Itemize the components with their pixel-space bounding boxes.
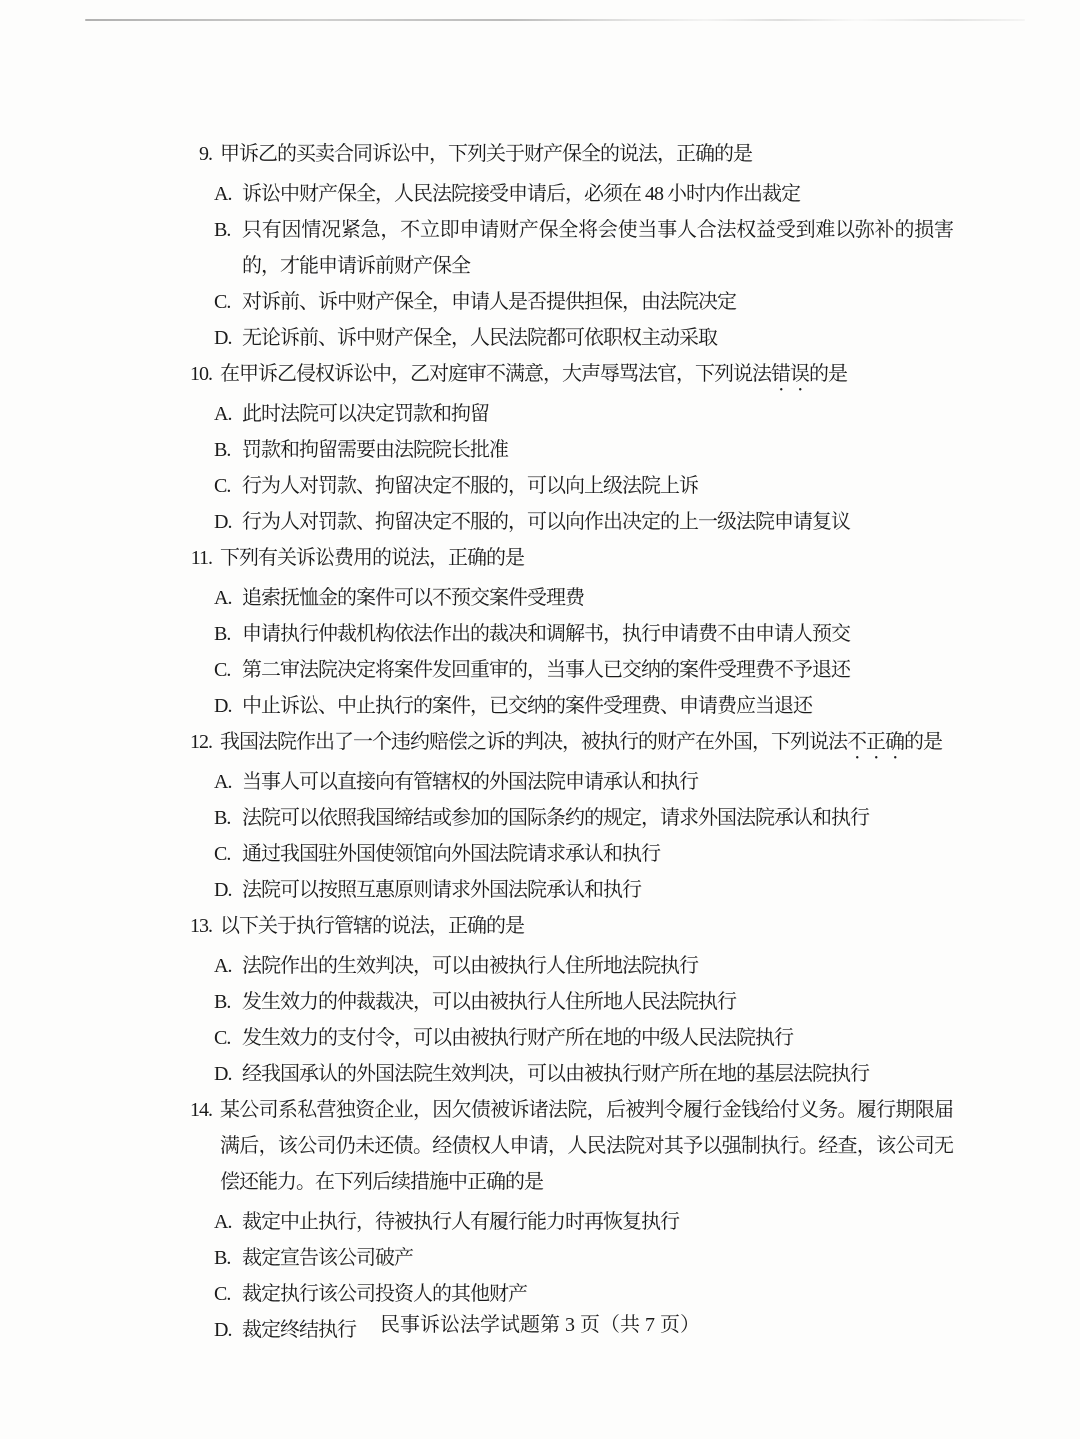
option-label: B. [214,1240,242,1276]
option-c: C. 裁定执行该公司投资人的其他财产 [178,1276,953,1312]
option-b: B. 罚款和拘留需要由法院院长批准 [178,432,953,468]
question-stem-text: 甲诉乙的买卖合同诉讼中，下列关于财产保全的说法，正确的是 [220,136,953,176]
question-11: 11. 下列有关诉讼费用的说法，正确的是 A. 追索抚恤金的案件可以不预交案件受… [178,540,953,724]
option-text: 当事人可以直接向有管辖权的外国法院申请承认和执行 [242,764,953,800]
question-stem: 13. 以下关于执行管辖的说法，正确的是 [178,908,953,948]
question-12: 12. 我国法院作出了一个违约赔偿之诉的判决，被执行的财产在外国，下列说法不正确… [178,724,953,908]
option-text: 法院可以依照我国缔结或参加的国际条约的规定，请求外国法院承认和执行 [242,800,953,836]
question-10: 10. 在甲诉乙侵权诉讼中，乙对庭审不满意，大声辱骂法官，下列说法错误的是 A.… [178,356,953,540]
option-a: A. 当事人可以直接向有管辖权的外国法院申请承认和执行 [178,764,953,800]
option-c: C. 通过我国驻外国使领馆向外国法院请求承认和执行 [178,836,953,872]
question-stem-post: 的是 [809,363,847,385]
option-text: 行为人对罚款、拘留决定不服的，可以向作出决定的上一级法院申请复议 [242,504,953,540]
option-text: 申请执行仲裁机构依法作出的裁决和调解书，执行申请费不由申请人预交 [242,616,953,652]
option-text: 罚款和拘留需要由法院院长批准 [242,432,953,468]
question-stem-pre: 下列有关诉讼费用的说法，正确的是 [220,547,524,569]
question-stem-text: 下列有关诉讼费用的说法，正确的是 [220,540,953,580]
option-label: C. [214,468,242,504]
option-text: 第二审法院决定将案件发回重审的，当事人已交纳的案件受理费不予退还 [242,652,953,688]
option-d: D. 中止诉讼、中止执行的案件，已交纳的案件受理费、申请费应当退还 [178,688,953,724]
question-number: 14. [178,1092,212,1128]
option-c: C. 发生效力的支付令，可以由被执行财产所在地的中级人民法院执行 [178,1020,953,1056]
option-text: 中止诉讼、中止执行的案件，已交纳的案件受理费、申请费应当退还 [242,688,953,724]
option-text: 此时法院可以决定罚款和拘留 [242,396,953,432]
question-number: 13. [178,908,212,944]
emphasized-text: 错误 [771,363,809,385]
emphasized-text: 不正确 [847,731,904,753]
option-text: 裁定中止执行，待被执行人有履行能力时再恢复执行 [242,1204,953,1240]
question-stem: 10. 在甲诉乙侵权诉讼中，乙对庭审不满意，大声辱骂法官，下列说法错误的是 [178,356,953,396]
option-text: 法院作出的生效判决，可以由被执行人住所地法院执行 [242,948,953,984]
option-text: 经我国承认的外国法院生效判决，可以由被执行财产所在地的基层法院执行 [242,1056,953,1092]
question-stem-pre: 我国法院作出了一个违约赔偿之诉的判决，被执行的财产在外国，下列说法 [220,731,847,753]
option-label: D. [214,1056,242,1092]
option-label: C. [214,1020,242,1056]
option-text: 追索抚恤金的案件可以不预交案件受理费 [242,580,953,616]
question-number: 9. [178,136,212,172]
option-label: B. [214,212,242,248]
option-text: 对诉前、诉中财产保全，申请人是否提供担保，由法院决定 [242,284,953,320]
option-c: C. 第二审法院决定将案件发回重审的，当事人已交纳的案件受理费不予退还 [178,652,953,688]
option-text: 无论诉前、诉中财产保全，人民法院都可依职权主动采取 [242,320,953,356]
question-stem-pre: 某公司系私营独资企业，因欠债被诉诸法院，后被判令履行金钱给付义务。履行期限届满后… [220,1099,953,1193]
option-d: D. 经我国承认的外国法院生效判决，可以由被执行财产所在地的基层法院执行 [178,1056,953,1092]
option-text: 发生效力的仲裁裁决，可以由被执行人住所地人民法院执行 [242,984,953,1020]
page-footer: 民事诉讼法学试题第 3 页（共 7 页） [0,1308,1080,1337]
option-text: 行为人对罚款、拘留决定不服的，可以向上级法院上诉 [242,468,953,504]
exam-page: 9. 甲诉乙的买卖合同诉讼中，下列关于财产保全的说法，正确的是 A. 诉讼中财产… [0,0,1080,1439]
option-label: A. [214,396,242,432]
question-stem: 11. 下列有关诉讼费用的说法，正确的是 [178,540,953,580]
option-b: B. 发生效力的仲裁裁决，可以由被执行人住所地人民法院执行 [178,984,953,1020]
question-stem-pre: 甲诉乙的买卖合同诉讼中，下列关于财产保全的说法，正确的是 [220,143,752,165]
option-label: C. [214,1276,242,1312]
option-text: 裁定宣告该公司破产 [242,1240,953,1276]
option-b: B. 申请执行仲裁机构依法作出的裁决和调解书，执行申请费不由申请人预交 [178,616,953,652]
question-number: 12. [178,724,212,760]
question-stem-text: 在甲诉乙侵权诉讼中，乙对庭审不满意，大声辱骂法官，下列说法错误的是 [220,356,953,396]
option-label: D. [214,688,242,724]
option-d: D. 行为人对罚款、拘留决定不服的，可以向作出决定的上一级法院申请复议 [178,504,953,540]
option-text: 通过我国驻外国使领馆向外国法院请求承认和执行 [242,836,953,872]
option-a: A. 诉讼中财产保全，人民法院接受申请后，必须在 48 小时内作出裁定 [178,176,953,212]
question-stem: 12. 我国法院作出了一个违约赔偿之诉的判决，被执行的财产在外国，下列说法不正确… [178,724,953,764]
option-label: C. [214,836,242,872]
question-list: 9. 甲诉乙的买卖合同诉讼中，下列关于财产保全的说法，正确的是 A. 诉讼中财产… [178,136,953,1348]
option-label: B. [214,984,242,1020]
option-label: A. [214,948,242,984]
question-stem-text: 我国法院作出了一个违约赔偿之诉的判决，被执行的财产在外国，下列说法不正确的是 [220,724,953,764]
option-text: 法院可以按照互惠原则请求外国法院承认和执行 [242,872,953,908]
option-label: A. [214,1204,242,1240]
option-label: D. [214,872,242,908]
option-text: 发生效力的支付令，可以由被执行财产所在地的中级人民法院执行 [242,1020,953,1056]
option-a: A. 裁定中止执行，待被执行人有履行能力时再恢复执行 [178,1204,953,1240]
option-label: A. [214,580,242,616]
option-text: 诉讼中财产保全，人民法院接受申请后，必须在 48 小时内作出裁定 [242,176,953,212]
option-b: B. 裁定宣告该公司破产 [178,1240,953,1276]
question-stem-text: 某公司系私营独资企业，因欠债被诉诸法院，后被判令履行金钱给付义务。履行期限届满后… [220,1092,953,1204]
question-stem: 14. 某公司系私营独资企业，因欠债被诉诸法院，后被判令履行金钱给付义务。履行期… [178,1092,953,1204]
option-c: C. 行为人对罚款、拘留决定不服的，可以向上级法院上诉 [178,468,953,504]
option-label: B. [214,800,242,836]
question-stem-pre: 在甲诉乙侵权诉讼中，乙对庭审不满意，大声辱骂法官，下列说法 [220,363,771,385]
question-number: 11. [178,540,212,576]
option-label: C. [214,652,242,688]
option-a: A. 法院作出的生效判决，可以由被执行人住所地法院执行 [178,948,953,984]
option-label: B. [214,432,242,468]
option-c: C. 对诉前、诉中财产保全，申请人是否提供担保，由法院决定 [178,284,953,320]
option-b: B. 只有因情况紧急，不立即申请财产保全将会使当事人合法权益受到难以弥补的损害的… [178,212,953,284]
scan-artifact-line [85,19,1025,21]
option-text: 裁定执行该公司投资人的其他财产 [242,1276,953,1312]
option-label: A. [214,764,242,800]
option-a: A. 追索抚恤金的案件可以不预交案件受理费 [178,580,953,616]
question-9: 9. 甲诉乙的买卖合同诉讼中，下列关于财产保全的说法，正确的是 A. 诉讼中财产… [178,136,953,356]
question-stem-text: 以下关于执行管辖的说法，正确的是 [220,908,953,948]
option-text: 只有因情况紧急，不立即申请财产保全将会使当事人合法权益受到难以弥补的损害的，才能… [242,212,953,284]
option-label: D. [214,320,242,356]
option-d: D. 无论诉前、诉中财产保全，人民法院都可依职权主动采取 [178,320,953,356]
question-stem-pre: 以下关于执行管辖的说法，正确的是 [220,915,524,937]
option-label: C. [214,284,242,320]
option-a: A. 此时法院可以决定罚款和拘留 [178,396,953,432]
option-label: A. [214,176,242,212]
question-number: 10. [178,356,212,392]
option-label: B. [214,616,242,652]
question-stem-post: 的是 [904,731,942,753]
option-label: D. [214,504,242,540]
question-13: 13. 以下关于执行管辖的说法，正确的是 A. 法院作出的生效判决，可以由被执行… [178,908,953,1092]
option-b: B. 法院可以依照我国缔结或参加的国际条约的规定，请求外国法院承认和执行 [178,800,953,836]
option-d: D. 法院可以按照互惠原则请求外国法院承认和执行 [178,872,953,908]
question-stem: 9. 甲诉乙的买卖合同诉讼中，下列关于财产保全的说法，正确的是 [178,136,953,176]
